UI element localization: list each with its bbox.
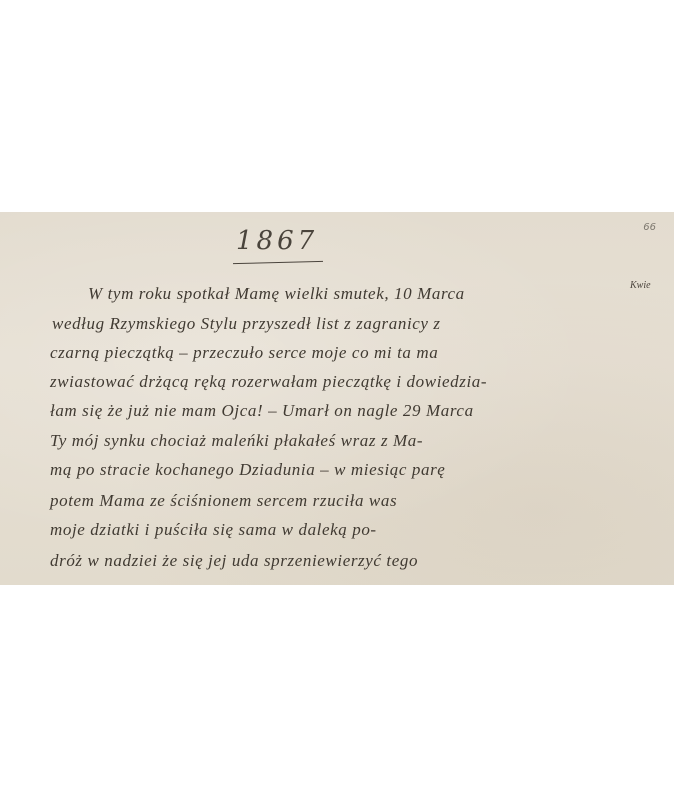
page-number: 66: [643, 222, 656, 233]
manuscript-line: według Rzymskiego Stylu przyszedł list z…: [52, 314, 441, 334]
superscript-note: Kwie: [630, 280, 651, 291]
manuscript-line: dróż w nadziei że się jej uda sprzeniewi…: [50, 551, 418, 571]
manuscript-line: zwiastować drżącą ręką rozerwałam pieczą…: [50, 372, 487, 392]
manuscript-page: 66 1867 Kwie W tym roku spotkał Mamę wie…: [0, 212, 674, 585]
year-underline: [233, 261, 323, 264]
manuscript-line: Ty mój synku chociaż maleńki płakałeś wr…: [50, 431, 423, 451]
manuscript-line: moje dziatki i puściła się sama w daleką…: [50, 520, 377, 540]
manuscript-line: łam się że już nie mam Ojca! – Umarł on …: [50, 401, 474, 421]
manuscript-line: czarną pieczątką – przeczuło serce moje …: [50, 343, 438, 363]
manuscript-line: W tym roku spotkał Mamę wielki smutek, 1…: [88, 284, 465, 304]
manuscript-line: mą po stracie kochanego Dziadunia – w mi…: [50, 460, 445, 480]
manuscript-line: potem Mama ze ściśnionem sercem rzuciła …: [50, 491, 397, 511]
year-heading: 1867: [236, 226, 318, 256]
